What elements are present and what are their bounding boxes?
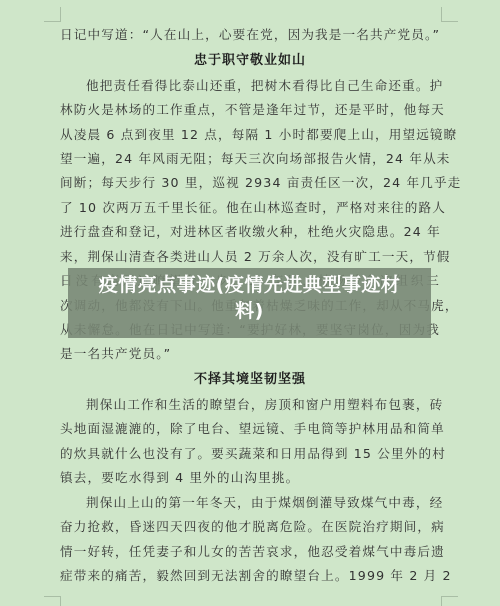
paragraph-line: 情一好转，任凭妻子和儿女的苦苦哀求，他忍受着煤气中毒后遗	[60, 544, 440, 560]
paragraph-line: 从凌晨 6 点到夜里 12 点，每隔 1 小时都要爬上山，用望远镜瞭	[60, 127, 440, 143]
page-corner-mark-top-left	[44, 7, 61, 22]
paragraph-line: 林防火是林场的工作重点，不管是逢年过节，还是平时，他每天	[60, 102, 440, 118]
paragraph-line: 荆保山上山的第一年冬天，由于煤烟倒灌导致煤气中毒，经	[86, 495, 440, 511]
article-title: 疫情亮点事迹(疫情先进典型事迹材 料)	[68, 272, 431, 324]
paragraph-line: 是一名共产党员。”	[60, 346, 440, 362]
page-corner-mark-bottom-right	[441, 596, 458, 606]
paragraph-line: 他把责任看得比泰山还重，把树木看得比自己生命还重。护	[86, 78, 440, 94]
paragraph-line: 了 10 次两万五千里长征。他在山林巡查时，严格对来往的路人	[60, 200, 440, 216]
paragraph-line: 进行盘查和登记，对进林区者收缴火种，杜绝火灾隐患。24 年	[60, 224, 440, 240]
section-heading-resilience: 不择其境坚韧坚强	[0, 372, 500, 388]
page-corner-mark-top-right	[441, 7, 458, 22]
paragraph-line: 荆保山工作和生活的瞭望台，房顶和窗户用塑料布包裹，砖	[86, 397, 440, 413]
paragraph-line: 镇去，要吃水得到 4 里外的山沟里挑。	[60, 470, 440, 486]
paragraph-line: 来，荆保山清查各类进山人员 2 万余人次，没有旷工一天，节假	[60, 249, 440, 265]
paragraph-line: 间断；每天步行 30 里，巡视 2934 亩责任区一次，24 年几乎走	[60, 175, 440, 191]
paragraph-line: 症带来的痛苦，毅然回到无法割舍的瞭望台上。1999 年 2 月 2	[60, 568, 440, 584]
paragraph-line: 日记中写道：“人在山上，心要在党，因为我是一名共产党员。”	[60, 27, 440, 43]
paragraph-line: 的炊具就什么也没有了。要买蔬菜和日用品得到 15 公里外的村	[60, 446, 440, 462]
article-title-line-2: 料)	[68, 298, 431, 324]
paragraph-line: 奋力抢救，昏迷四天四夜的他才脱离危险。在医院治疗期间，病	[60, 519, 440, 535]
article-title-line-1: 疫情亮点事迹(疫情先进典型事迹材	[68, 272, 431, 298]
section-heading-dedication: 忠于职守敬业如山	[0, 53, 500, 69]
paragraph-line: 望一遍，24 年风雨无阻；每天三次向场部报告火情，24 年从未	[60, 151, 440, 167]
page-corner-mark-bottom-left	[44, 596, 61, 606]
paragraph-line: 头地面湿漉漉的，除了电台、望远镜、手电筒等护林用品和简单	[60, 421, 440, 437]
